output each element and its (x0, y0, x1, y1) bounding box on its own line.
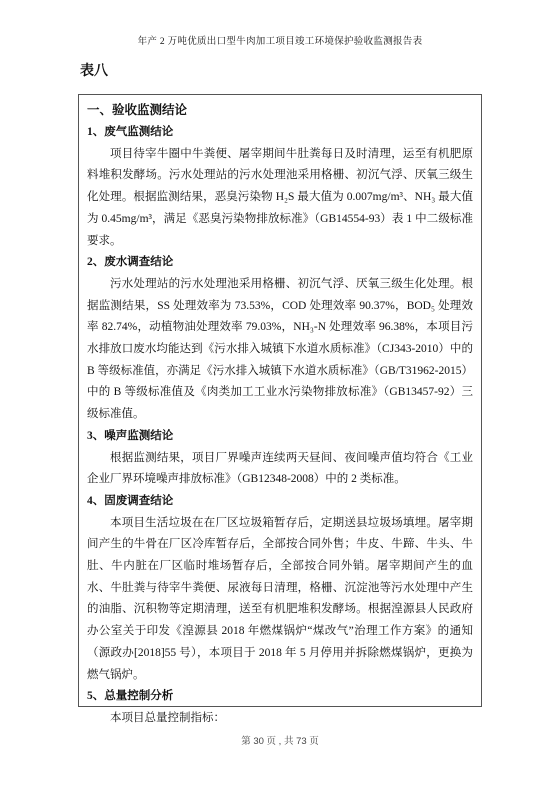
document-header-title: 年产 2 万吨优质出口型牛肉加工项目竣工环境保护验收监测报告表 (0, 33, 560, 47)
subsection-paragraph: 污水处理站的污水处理池采用格栅、初沉气浮、厌氧三级生化处理。根据监测结果，SS … (87, 274, 473, 426)
subsection-heading: 2、废水调查结论 (87, 252, 473, 274)
subsection-solid-waste: 4、固废调查结论 本项目生活垃圾在在厂区垃圾箱暂存后，定期送县垃圾场填埋。屠宰期… (87, 491, 473, 686)
subsection-heading: 4、固废调查结论 (87, 491, 473, 513)
section-title: 一、验收监测结论 (87, 98, 473, 122)
subsection-waste-water: 2、废水调查结论 污水处理站的污水处理池采用格栅、初沉气浮、厌氧三级生化处理。根… (87, 252, 473, 426)
subsection-paragraph: 项目待宰牛圈中牛粪便、屠宰期间牛肚粪每日及时清理，运至有机肥原料堆积发酵场。污水… (87, 144, 473, 253)
subsection-total-control: 5、总量控制分析 本项目总量控制指标： (87, 686, 473, 729)
subsection-paragraph: 本项目生活垃圾在在厂区垃圾箱暂存后，定期送县垃圾场填埋。屠宰期间产生的牛骨在厂区… (87, 513, 473, 687)
subsection-paragraph: 根据监测结果，项目厂界噪声连续两天昼间、夜间噪声值均符合《工业企业厂界环境噪声排… (87, 448, 473, 491)
page-number-footer: 第 30 页 , 共 73 页 (0, 733, 560, 747)
subsection-paragraph: 本项目总量控制指标： (87, 708, 473, 730)
subsection-heading: 5、总量控制分析 (87, 686, 473, 708)
subsection-noise: 3、噪声监测结论 根据监测结果，项目厂界噪声连续两天昼间、夜间噪声值均符合《工业… (87, 426, 473, 491)
subsection-heading: 1、废气监测结论 (87, 122, 473, 144)
subsection-waste-gas: 1、废气监测结论 项目待宰牛圈中牛粪便、屠宰期间牛肚粪每日及时清理，运至有机肥原… (87, 122, 473, 252)
table-label: 表八 (80, 60, 108, 80)
subsection-heading: 3、噪声监测结论 (87, 426, 473, 448)
report-table: 一、验收监测结论 1、废气监测结论 项目待宰牛圈中牛粪便、屠宰期间牛肚粪每日及时… (78, 94, 482, 707)
